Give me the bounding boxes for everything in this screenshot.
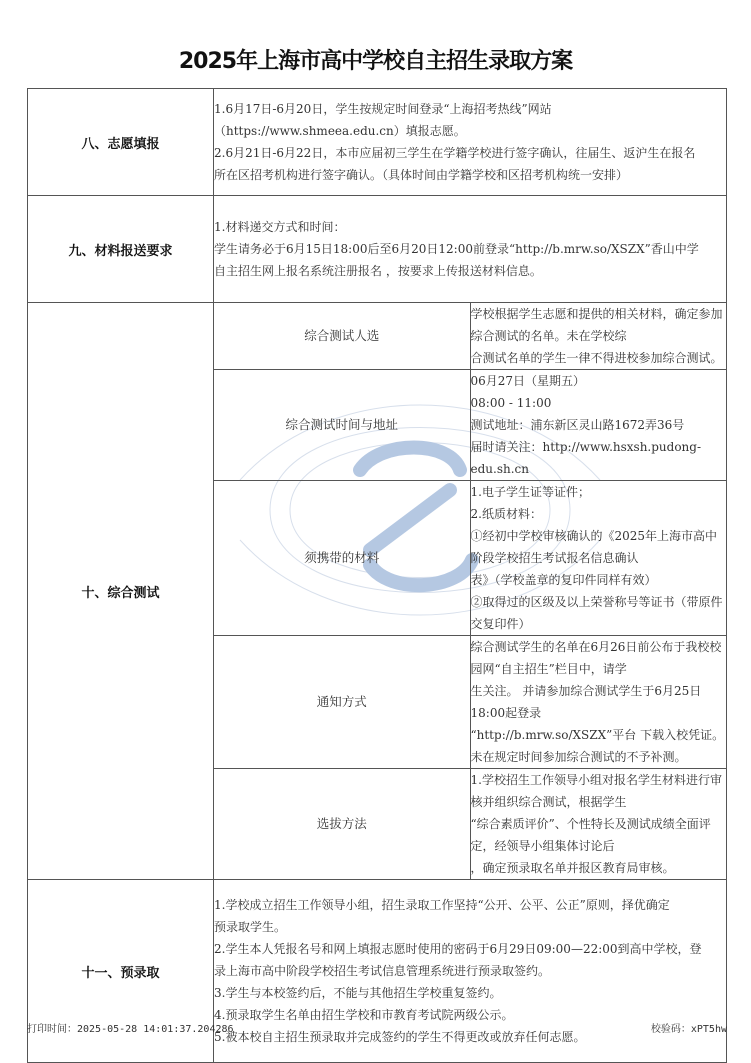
content-line: 自主招生网上报名系统注册报名 ，按要求上传报送材料信息。 [214,260,726,282]
sublabel: 须携带的材料 [214,481,471,636]
content-line: 预录取学生。 [214,916,726,938]
content-line: 1.学校成立招生工作领导小组，招生录取工作坚持“公开、公平、公正”原则，择优确定 [214,894,726,916]
content-line: 5.被本校自主招生预录取并完成签约的学生不得更改或放弃任何志愿。 [214,1026,726,1048]
content-line: 2.学生本人凭报名号和网上填报志愿时使用的密码于6月29日09:00—22:00… [214,938,726,960]
admission-plan-table: 八、志愿填报 1.6月17日-6月20日，学生按规定时间登录“上海招考热线”网站… [27,88,727,1063]
content-line: 未在规定时间参加综合测试的不予补测。 [471,746,727,768]
content-line: 合测试名单的学生一律不得进校参加综合测试。 [471,347,727,369]
content-line: 表》（学校盖章的复印件同样有效） [471,569,727,591]
section-content: 06月27日（星期五） 08:00 - 11:00 测试地址：浦东新区灵山路16… [470,370,727,481]
content-line: 测试地址：浦东新区灵山路1672弄36号 [471,414,727,436]
checksum: 校验码：xPT5hw [651,1020,727,1035]
content-line: 1.材料递交方式和时间： [214,216,726,238]
section-content: 学校根据学生志愿和提供的相关材料，确定参加综合测试的名单。未在学校综 合测试名单… [470,303,727,370]
section-label: 八、志愿填报 [28,89,214,196]
content-line: ②取得过的区级及以上荣誉称号等证书（带原件交复印件） [471,591,727,635]
content-line: ，确定预录取名单并报区教育局审核。 [471,857,727,879]
sublabel: 综合测试时间与地址 [214,370,471,481]
content-line: 学校根据学生志愿和提供的相关材料，确定参加综合测试的名单。未在学校综 [471,303,727,347]
content-line: 录上海市高中阶段学校招生考试信息管理系统进行预录取签约。 [214,960,726,982]
section-row-10: 十、综合测试 综合测试人选 学校根据学生志愿和提供的相关材料，确定参加综合测试的… [28,303,727,370]
print-time: 打印时间：2025-05-28 14:01:37.204286 [27,1020,234,1035]
sublabel: 选拔方法 [214,769,471,880]
page-title: 2025年上海市高中学校自主招生录取方案 [0,44,751,75]
content-line: 综合测试学生的名单在6月26日前公布于我校校园网“自主招生”栏目中，请学 [471,636,727,680]
section-label: 十一、预录取 [28,880,214,1063]
content-line: （https://www.shmeea.edu.cn）填报志愿。 [214,120,726,142]
section-content: 1.电子学生证等证件； 2.纸质材料： ①经初中学校审核确认的《2025年上海市… [470,481,727,636]
content-line: 08:00 - 11:00 [471,392,727,414]
content-line: 1.学校招生工作领导小组对报名学生材料进行审核并组织综合测试，根据学生 [471,769,727,813]
content-line: ①经初中学校审核确认的《2025年上海市高中阶段学校招生考试报名信息确认 [471,525,727,569]
section-row-8: 八、志愿填报 1.6月17日-6月20日，学生按规定时间登录“上海招考热线”网站… [28,89,727,196]
content-line: 学生请务必于6月15日18:00后至6月20日12:00前登录“http://b… [214,238,726,260]
content-line: 届时请关注：http://www.hsxsh.pudong-edu.sh.cn [471,436,727,480]
section-content: 1.学校成立招生工作领导小组，招生录取工作坚持“公开、公平、公正”原则，择优确定… [214,880,727,1063]
content-line: 1.电子学生证等证件； [471,481,727,503]
sublabel: 通知方式 [214,636,471,769]
content-line: “综合素质评价”、个性特长及测试成绩全面评定，经领导小组集体讨论后 [471,813,727,857]
content-line: 3.学生与本校签约后，不能与其他招生学校重复签约。 [214,982,726,1004]
content-line: 2.6月21日-6月22日，本市应届初三学生在学籍学校进行签字确认，往届生、返沪… [214,142,726,164]
content-line: 4.预录取学生名单由招生学校和市教育考试院两级公示。 [214,1004,726,1026]
section-content: 1.6月17日-6月20日，学生按规定时间登录“上海招考热线”网站 （https… [214,89,727,196]
content-line: “http://b.mrw.so/XSZX”平台 下载入校凭证。 [471,724,727,746]
content-line: 06月27日（星期五） [471,370,727,392]
section-content: 综合测试学生的名单在6月26日前公布于我校校园网“自主招生”栏目中，请学 生关注… [470,636,727,769]
sublabel: 综合测试人选 [214,303,471,370]
content-line: 生关注。 并请参加综合测试学生于6月25日18:00起登录 [471,680,727,724]
content-line: 1.6月17日-6月20日，学生按规定时间登录“上海招考热线”网站 [214,98,726,120]
section-content: 1.学校招生工作领导小组对报名学生材料进行审核并组织综合测试，根据学生 “综合素… [470,769,727,880]
section-row-11: 十一、预录取 1.学校成立招生工作领导小组，招生录取工作坚持“公开、公平、公正”… [28,880,727,1063]
section-label: 十、综合测试 [28,303,214,880]
section-row-9: 九、材料报送要求 1.材料递交方式和时间： 学生请务必于6月15日18:00后至… [28,196,727,303]
section-label: 九、材料报送要求 [28,196,214,303]
section-content: 1.材料递交方式和时间： 学生请务必于6月15日18:00后至6月20日12:0… [214,196,727,303]
content-line: 所在区招考机构进行签字确认。（具体时间由学籍学校和区招考机构统一安排） [214,164,726,186]
content-line: 2.纸质材料： [471,503,727,525]
